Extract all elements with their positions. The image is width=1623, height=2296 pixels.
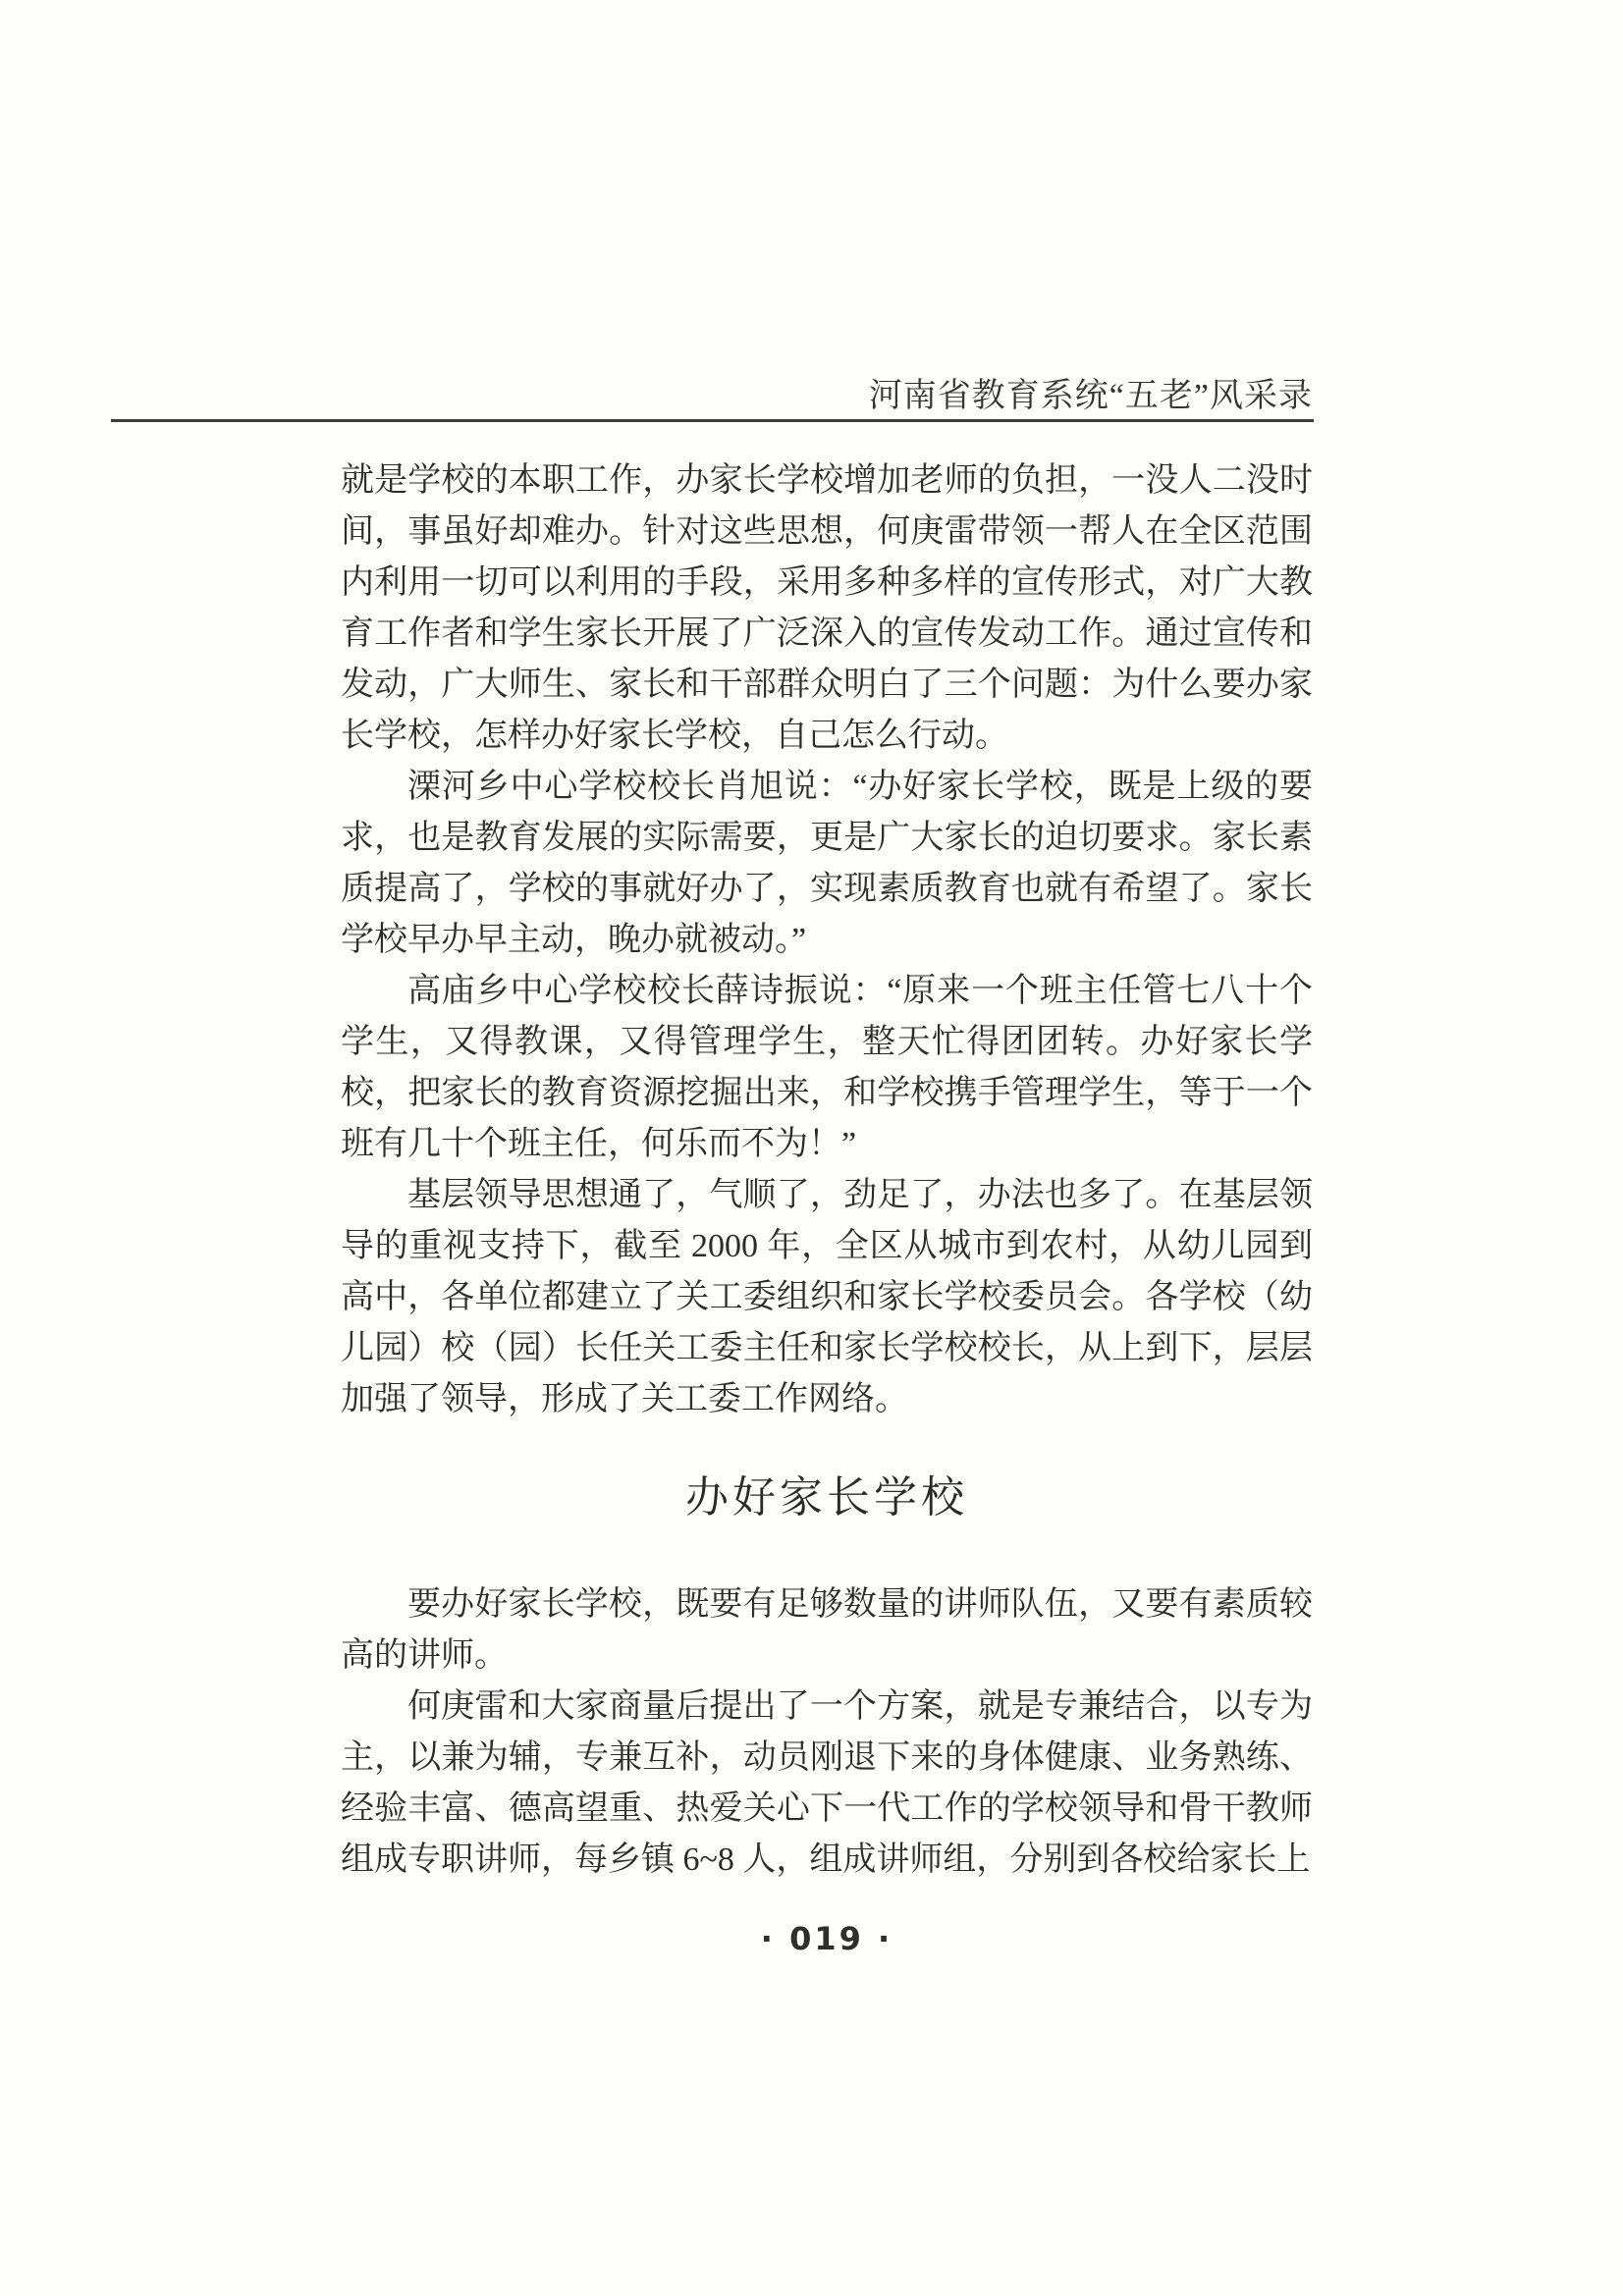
paragraph: 溧河乡中心学校校长肖旭说：“办好家长学校，既是上级的要求，也是教育发展的实际需要… [341,762,1313,966]
header-rule [111,419,1314,422]
paragraph-continuation: 就是学校的本职工作，办家长学校增加老师的负担，一没人二没时间，事虽好却难办。针对… [341,455,1313,762]
book-page: 河南省教育系统“五老”风采录 就是学校的本职工作，办家长学校增加老师的负担，一没… [0,0,1623,2296]
page-content: 就是学校的本职工作，办家长学校增加老师的负担，一没人二没时间，事虽好却难办。针对… [341,455,1313,1886]
paragraph: 高庙乡中心学校校长薛诗振说：“原来一个班主任管七八十个学生，又得教课，又得管理学… [341,966,1313,1170]
paragraph: 基层领导思想通了，气顺了，劲足了，办法也多了。在基层领导的重视支持下，截至 20… [341,1170,1313,1425]
section-heading: 办好家长学校 [341,1470,1313,1525]
paragraph: 何庚雷和大家商量后提出了一个方案，就是专兼结合，以专为主，以兼为辅，专兼互补，动… [341,1682,1313,1886]
running-header-title: 河南省教育系统“五老”风采录 [869,378,1313,414]
running-header: 河南省教育系统“五老”风采录 [111,377,1313,416]
page-number: · 019 · [341,1920,1313,1957]
paragraph: 要办好家长学校，既要有足够数量的讲师队伍，又要有素质较高的讲师。 [341,1579,1313,1682]
